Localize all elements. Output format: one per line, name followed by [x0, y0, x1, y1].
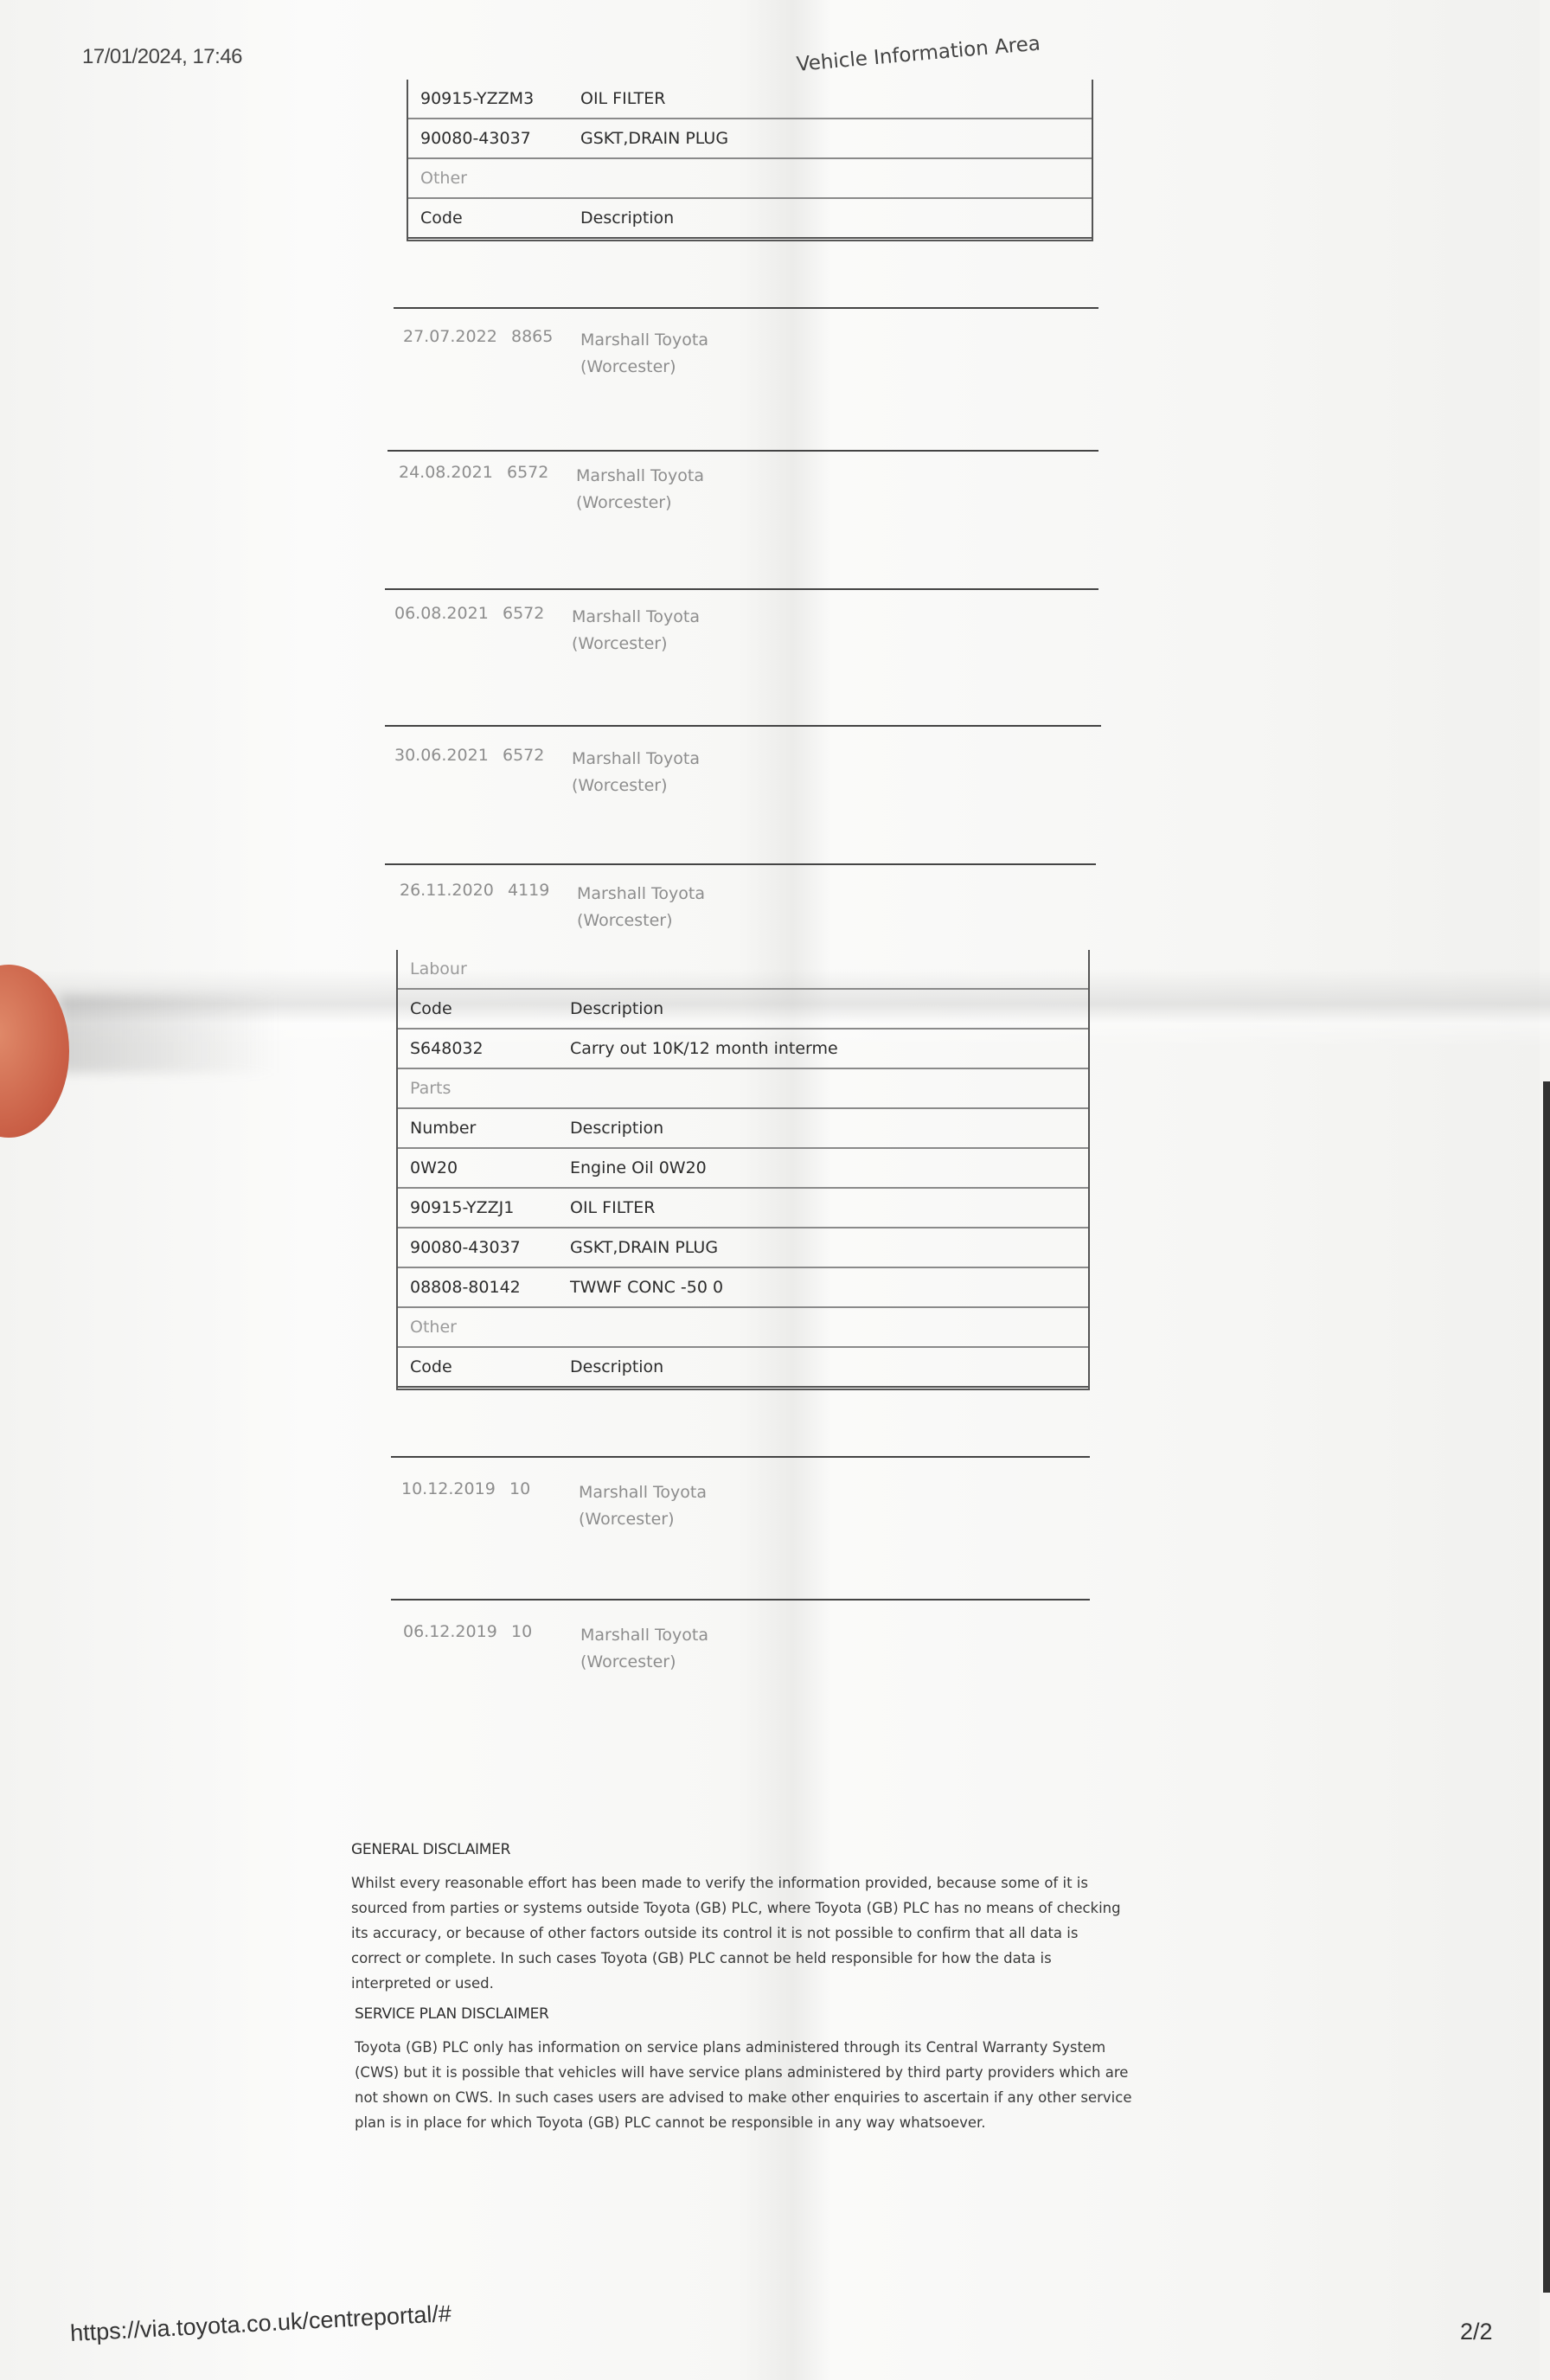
part-description: GSKT,DRAIN PLUG — [570, 1238, 1088, 1257]
service-entry: 26.11.20204119Marshall Toyota(Worcester) — [400, 881, 705, 934]
dealer-name: Marshall Toyota(Worcester) — [572, 604, 700, 658]
column-header-description: Description — [570, 999, 1088, 1018]
service-date: 26.11.2020 — [400, 881, 508, 900]
section-label-labour: Labour — [398, 950, 1088, 990]
service-detail-table: Labour Code Description S648032 Carry ou… — [396, 950, 1090, 1390]
table-row: 08808-80142 TWWF CONC -50 0 — [398, 1268, 1088, 1308]
service-mileage: 6572 — [503, 746, 572, 765]
divider — [391, 1599, 1090, 1601]
divider — [387, 450, 1098, 452]
dealer-name: Marshall Toyota(Worcester) — [580, 1622, 708, 1676]
service-plan-disclaimer-body: Toyota (GB) PLC only has information on … — [355, 2035, 1133, 2135]
top-parts-table: 90915-YZZM3 OIL FILTER 90080-43037 GSKT,… — [407, 80, 1093, 241]
service-mileage: 10 — [509, 1479, 579, 1498]
dealer-name: Marshall Toyota(Worcester) — [579, 1479, 707, 1533]
dealer-name: Marshall Toyota(Worcester) — [576, 463, 704, 516]
table-header-row: Code Description — [398, 1348, 1088, 1390]
service-entry: 06.08.20216572Marshall Toyota(Worcester) — [394, 604, 700, 658]
service-date: 30.06.2021 — [394, 746, 503, 765]
column-header-description: Description — [580, 208, 1092, 228]
service-entry: 30.06.20216572Marshall Toyota(Worcester) — [394, 746, 700, 799]
dealer-name: Marshall Toyota(Worcester) — [577, 881, 705, 934]
part-number: 90915-YZZM3 — [408, 89, 580, 108]
table-row: 90080-43037 GSKT,DRAIN PLUG — [408, 119, 1092, 159]
column-header-code: Code — [398, 1357, 570, 1376]
part-number: 90915-YZZJ1 — [398, 1198, 570, 1217]
service-entry: 06.12.201910Marshall Toyota(Worcester) — [403, 1622, 708, 1676]
service-plan-disclaimer-title: SERVICE PLAN DISCLAIMER — [355, 2005, 549, 2023]
table-header-row: Number Description — [398, 1109, 1088, 1149]
section-label-other: Other — [408, 159, 1092, 199]
table-header-row: Code Description — [398, 990, 1088, 1030]
table-row: 90915-YZZJ1 OIL FILTER — [398, 1189, 1088, 1228]
service-mileage: 8865 — [511, 327, 580, 346]
divider — [394, 307, 1098, 309]
service-date: 24.08.2021 — [399, 463, 507, 482]
service-mileage: 4119 — [508, 881, 577, 900]
divider — [385, 725, 1101, 727]
column-header-code: Code — [398, 999, 570, 1018]
divider — [385, 588, 1098, 590]
service-entry: 27.07.20228865Marshall Toyota(Worcester) — [403, 327, 708, 381]
section-label-parts: Parts — [398, 1069, 1088, 1109]
table-row: 0W20 Engine Oil 0W20 — [398, 1149, 1088, 1189]
column-header-code: Code — [408, 208, 580, 228]
page-number: 2/2 — [1460, 2319, 1493, 2345]
part-description: Engine Oil 0W20 — [570, 1158, 1088, 1177]
column-header-description: Description — [570, 1357, 1088, 1376]
part-number: 0W20 — [398, 1158, 570, 1177]
table-row: 90915-YZZM3 OIL FILTER — [408, 80, 1092, 119]
part-description: TWWF CONC -50 0 — [570, 1278, 1088, 1297]
service-mileage: 6572 — [503, 604, 572, 623]
service-mileage: 6572 — [507, 463, 576, 482]
service-entry: 10.12.201910Marshall Toyota(Worcester) — [401, 1479, 707, 1533]
labour-description: Carry out 10K/12 month interme — [570, 1039, 1088, 1058]
column-header-description: Description — [570, 1119, 1088, 1138]
dealer-name: Marshall Toyota(Worcester) — [572, 746, 700, 799]
part-description: OIL FILTER — [580, 89, 1092, 108]
print-timestamp: 17/01/2024, 17:46 — [82, 45, 242, 69]
section-label-other: Other — [398, 1308, 1088, 1348]
divider — [391, 1456, 1090, 1458]
service-date: 10.12.2019 — [401, 1479, 509, 1498]
finger-shadow — [61, 995, 277, 1073]
labour-code: S648032 — [398, 1039, 570, 1058]
divider — [385, 863, 1096, 865]
part-number: 90080-43037 — [408, 129, 580, 148]
service-date: 06.08.2021 — [394, 604, 503, 623]
service-entry: 24.08.20216572Marshall Toyota(Worcester) — [399, 463, 704, 516]
part-description: OIL FILTER — [570, 1198, 1088, 1217]
table-row: 90080-43037 GSKT,DRAIN PLUG — [398, 1228, 1088, 1268]
general-disclaimer-title: GENERAL DISCLAIMER — [351, 1841, 510, 1858]
dealer-name: Marshall Toyota(Worcester) — [580, 327, 708, 381]
service-mileage: 10 — [511, 1622, 580, 1641]
general-disclaimer-body: Whilst every reasonable effort has been … — [351, 1870, 1130, 1996]
column-header-number: Number — [398, 1119, 570, 1138]
table-header-row: Code Description — [408, 199, 1092, 241]
page-edge — [1543, 1081, 1550, 2293]
service-date: 06.12.2019 — [403, 1622, 511, 1641]
service-date: 27.07.2022 — [403, 327, 511, 346]
table-row: S648032 Carry out 10K/12 month interme — [398, 1030, 1088, 1069]
part-number: 08808-80142 — [398, 1278, 570, 1297]
part-number: 90080-43037 — [398, 1238, 570, 1257]
part-description: GSKT,DRAIN PLUG — [580, 129, 1092, 148]
